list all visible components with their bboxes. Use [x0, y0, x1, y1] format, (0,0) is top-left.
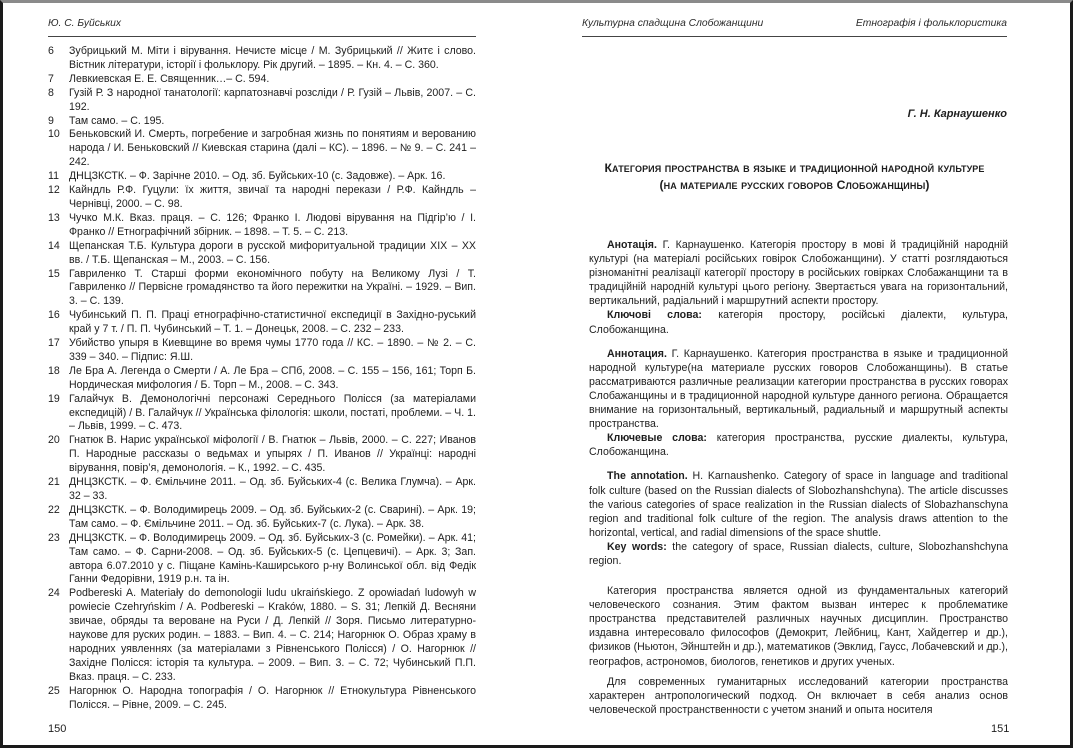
body-paragraph: Для современных гуманитарных исследовани… [589, 675, 1008, 717]
keywords-ua: Ключові слова: категорія простору, росій… [589, 308, 1008, 336]
footnote: 15Гавриленко Т. Старші форми економічног… [48, 268, 476, 310]
footnote: 6Зубрицький М. Міти і вірування. Нечисте… [48, 45, 476, 73]
footnote: 16Чубинський П. П. Праці етнографічно-ст… [48, 309, 476, 337]
keywords-en: Key words: the category of space, Russia… [589, 540, 1008, 568]
abstract-en: The annotation. H. Karnaushenko. Categor… [589, 469, 1008, 539]
footnote: 24Podbereski A. Materiały do demonologii… [48, 587, 476, 684]
running-head-author: Ю. С. Буйських [48, 16, 476, 37]
article-title: Категория пространства в языке и традици… [582, 160, 1007, 194]
footnote: 12Кайндль Р.Ф. Гуцули: їх життя, звичаї … [48, 184, 476, 212]
left-page: Ю. С. Буйських 6Зубрицький М. Міти і вір… [0, 0, 536, 748]
footnote: 19Галайчук В. Демонологічні персонажі Се… [48, 393, 476, 435]
footnote: 11ДНЦЗКСТК. – Ф. Зарічне 2010. – Од. зб.… [48, 170, 476, 184]
footnote: 20Гнатюк В. Нарис української міфології … [48, 434, 476, 476]
footnote: 14Щепанская Т.Б. Культура дороги в русск… [48, 240, 476, 268]
running-head-journal: Культурна спадщина Слобожанщини Етнограф… [582, 16, 1007, 37]
footnote: 9Там само. – С. 195. [48, 115, 476, 129]
page-number: 151 [991, 723, 1009, 735]
footnote: 13Чучко М.К. Вказ. праця. – С. 126; Фран… [48, 212, 476, 240]
footnote: 7Левкиевская Е. Е. Священник…– С. 594. [48, 73, 476, 87]
keywords-ru: Ключевые слова: категория пространства, … [589, 431, 1008, 459]
page-number: 150 [48, 723, 66, 735]
abstract-ru: Аннотация. Г. Карнаушенко. Категория про… [589, 347, 1008, 432]
body-paragraph: Категория пространства является одной из… [589, 584, 1008, 669]
journal-title: Культурна спадщина Слобожанщини [582, 18, 763, 38]
right-page: Культурна спадщина Слобожанщини Етнограф… [536, 0, 1073, 748]
footnote: 8Гузій Р. З народної танатології: карпат… [48, 87, 476, 115]
footnote: 17Убийство упыря в Киевщине во время чум… [48, 337, 476, 365]
abstract-ua: Анотація. Г. Карнаушенко. Категорія прос… [589, 238, 1008, 308]
footnote: 10Беньковский И. Смерть, погребение и за… [48, 128, 476, 170]
footnote: 25Нагорнюк О. Народна топографія / О. На… [48, 685, 476, 713]
article-author: Г. Н. Карнаушенко [582, 108, 1007, 120]
footnotes-list: 6Зубрицький М. Міти і вірування. Нечисте… [48, 45, 476, 713]
footnote: 18Ле Бра А. Легенда о Смерти / А. Ле Бра… [48, 365, 476, 393]
footnote: 21ДНЦЗКСТК. – Ф. Ємільчине 2011. – Од. з… [48, 476, 476, 504]
footnote: 22ДНЦЗКСТК. – Ф. Володимирець 2009. – Од… [48, 504, 476, 532]
footnote: 23ДНЦЗКСТК. – Ф. Володимирець 2009. – Од… [48, 532, 476, 588]
article-body: Анотація. Г. Карнаушенко. Категорія прос… [589, 238, 1008, 717]
section-title: Етнографія і фольклористика [856, 18, 1007, 38]
